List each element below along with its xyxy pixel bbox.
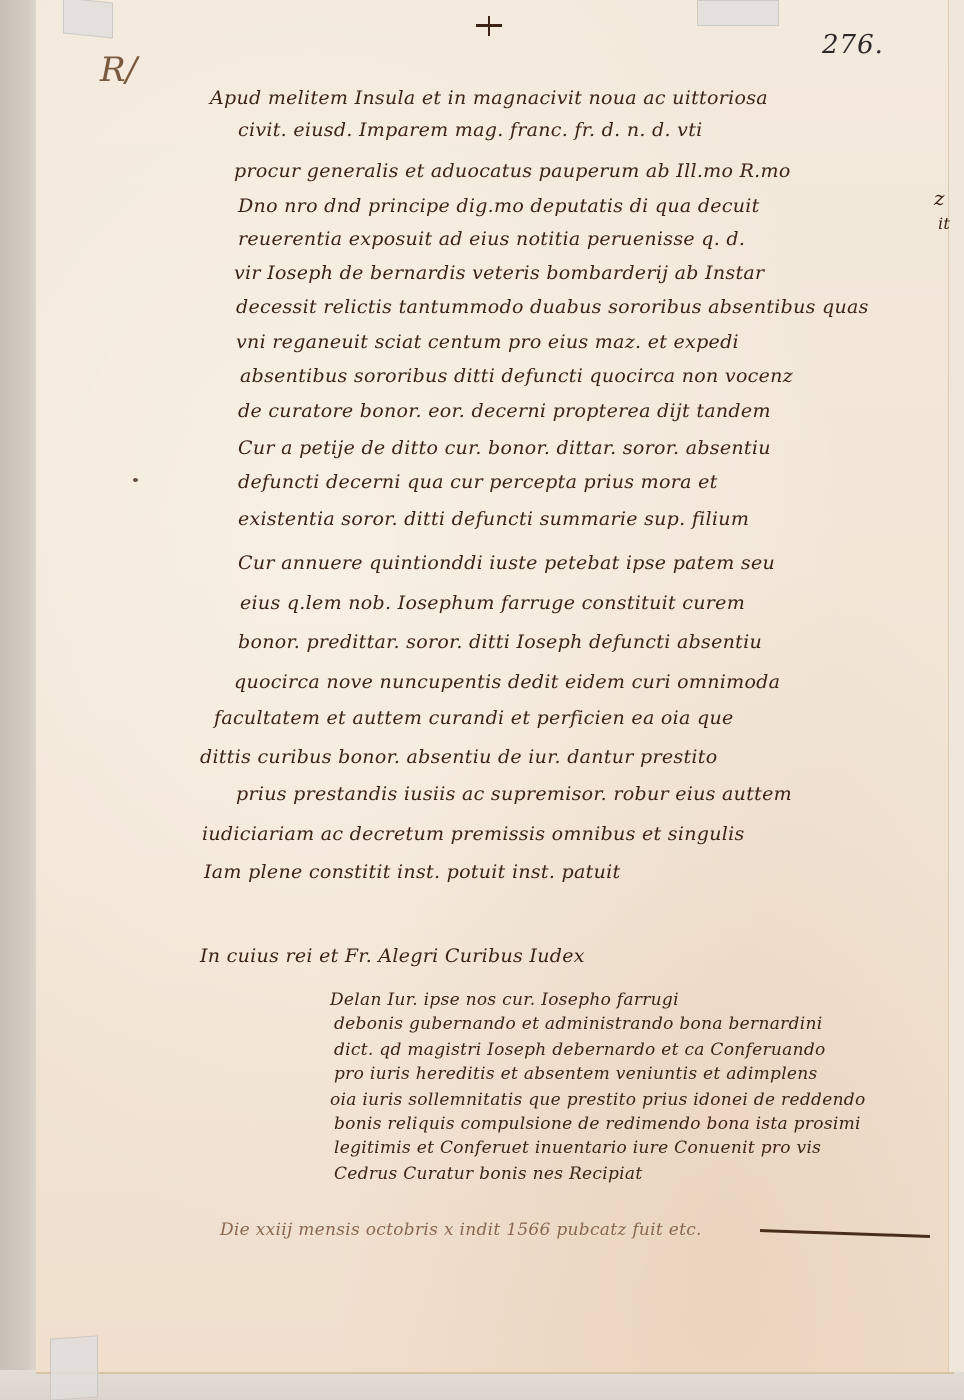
mounting-hinge-top-right <box>697 0 779 26</box>
mounting-hinge-top-left <box>63 0 113 39</box>
text-line: dittis curibus bonor. absentiu de iur. d… <box>200 745 717 769</box>
text-line: Apud melitem Insula et in magnacivit nou… <box>210 86 768 110</box>
annotation-line: pro iuris hereditis et absentem veniunti… <box>334 1064 818 1085</box>
text-line: quocirca nove nuncupentis dedit eidem cu… <box>234 670 780 694</box>
text-line: procur generalis et aduocatus pauperum a… <box>234 159 791 183</box>
text-line: Dno nro dnd principe dig.mo deputatis di… <box>238 194 760 218</box>
date-line: Die xxiij mensis octobris x indit 1566 p… <box>220 1218 702 1242</box>
annotation-line: debonis gubernando et administrando bona… <box>334 1014 822 1035</box>
text-line: prius prestandis iusiis ac supremisor. r… <box>236 782 792 806</box>
text-line: Cur annuere quintionddi iuste petebat ip… <box>238 551 775 575</box>
text-line: absentibus sororibus ditti defuncti quoc… <box>240 364 793 388</box>
folio-number: 276. <box>822 30 884 60</box>
text-line: civit. eiusd. Imparem mag. franc. fr. d.… <box>238 118 703 142</box>
scan-backing-bottom <box>0 1370 964 1400</box>
right-margin-fragment: it <box>938 212 950 236</box>
text-line: decessit relictis tantummodo duabus soro… <box>236 295 869 319</box>
margin-dot <box>133 478 138 482</box>
scan-backing-left <box>0 0 36 1400</box>
text-line: defuncti decerni qua cur percepta prius … <box>238 470 718 494</box>
adjacent-page-edge <box>948 0 964 1372</box>
annotation-line: Delan Iur. ipse nos cur. Iosepho farrugi <box>330 990 679 1011</box>
text-line: Cur a petije de ditto cur. bonor. dittar… <box>238 436 771 460</box>
annotation-line: Cedrus Curatur bonis nes Recipiat <box>334 1164 642 1185</box>
text-line: de curatore bonor. eor. decerni proptere… <box>238 399 771 423</box>
text-line: vir Ioseph de bernardis veteris bombarde… <box>234 261 764 285</box>
text-line: reuerentia exposuit ad eius notitia peru… <box>238 227 745 251</box>
annotation-line: bonis reliquis compulsione de redimendo … <box>334 1114 861 1135</box>
right-margin-fragment: z <box>934 186 945 210</box>
closing-line: In cuius rei et Fr. Alegri Curibus Iudex <box>200 944 585 968</box>
annotation-line: oia iuris sollemnitatis que prestito pri… <box>330 1090 866 1111</box>
text-line: eius q.lem nob. Iosephum farruge constit… <box>240 591 745 615</box>
annotation-line: dict. qd magistri Ioseph debernardo et c… <box>334 1040 826 1061</box>
text-line: existentia soror. ditti defuncti summari… <box>238 507 749 531</box>
text-line: Iam plene constitit inst. potuit inst. p… <box>204 860 620 884</box>
text-line: bonor. predittar. soror. ditti Ioseph de… <box>238 630 762 654</box>
mounting-hinge-bottom-left <box>50 1335 98 1400</box>
margin-mark: R/ <box>100 50 137 90</box>
text-line: facultatem et auttem curandi et perficie… <box>214 706 734 730</box>
annotation-line: legitimis et Conferuet inuentario iure C… <box>334 1138 821 1159</box>
text-line: vni reganeuit sciat centum pro eius maz.… <box>236 330 739 354</box>
text-line: iudiciariam ac decretum premissis omnibu… <box>202 822 745 846</box>
cross-mark-icon <box>476 12 502 38</box>
